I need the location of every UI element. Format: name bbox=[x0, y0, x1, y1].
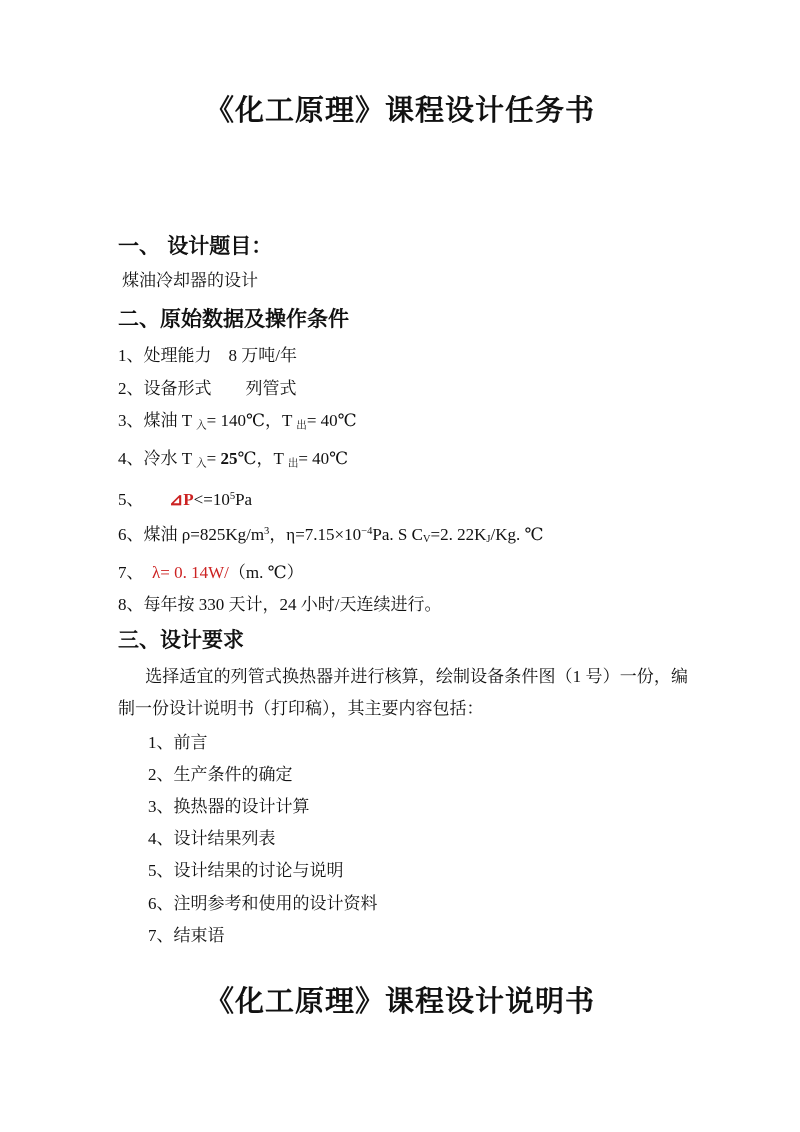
data-item-6: 6、煤油 ρ=825Kg/m3，η=7.15×10−4Pa. S CV=2. 2… bbox=[118, 516, 688, 557]
list-item-7: 7、结束语 bbox=[148, 920, 688, 952]
data-item-3: 3、煤油 T 入= 140℃，T 出= 40℃ bbox=[118, 405, 688, 443]
list-item-5: 5、设计结果的讨论与说明 bbox=[148, 855, 688, 887]
list-item-6: 6、注明参考和使用的设计资料 bbox=[148, 888, 688, 920]
section2-heading: 二、原始数据及操作条件 bbox=[118, 305, 688, 333]
section3-heading: 三、设计要求 bbox=[118, 626, 688, 654]
data-item-7: 7、 λ= 0. 14W/（m. ℃） bbox=[118, 557, 688, 590]
data-item-1: 1、处理能力 8 万吨/年 bbox=[118, 340, 688, 373]
data-item-5: 5、 ⊿P<=105Pa bbox=[118, 481, 688, 516]
data-item-2: 2、设备形式 列管式 bbox=[118, 373, 688, 406]
section1-heading: 一、 设计题目： bbox=[118, 232, 688, 260]
document-page: 《化工原理》课程设计任务书 一、 设计题目： 煤油冷却器的设计 二、原始数据及操… bbox=[0, 0, 800, 1132]
list-item-2: 2、生产条件的确定 bbox=[148, 759, 688, 791]
list-item-1: 1、前言 bbox=[148, 727, 688, 759]
data-item-8: 8、每年按 330 天计，24 小时/天连续进行。 bbox=[118, 589, 688, 622]
document-content: 一、 设计题目： 煤油冷却器的设计 二、原始数据及操作条件 1、处理能力 8 万… bbox=[118, 232, 688, 952]
list-item-4: 4、设计结果列表 bbox=[148, 823, 688, 855]
data-item-4: 4、冷水 T 入= 25℃，T 出= 40℃ bbox=[118, 443, 688, 481]
requirements-paragraph: 选择适宜的列管式换热器并进行核算，绘制设备条件图（1 号）一份，编制一份设计说明… bbox=[118, 661, 688, 725]
report-contents-list: 1、前言 2、生产条件的确定 3、换热器的设计计算 4、设计结果列表 5、设计结… bbox=[118, 727, 688, 952]
document-title-top: 《化工原理》课程设计任务书 bbox=[0, 90, 800, 130]
document-title-bottom: 《化工原理》课程设计说明书 bbox=[0, 981, 800, 1021]
design-topic-text: 煤油冷却器的设计 bbox=[122, 270, 688, 292]
original-data-items: 1、处理能力 8 万吨/年 2、设备形式 列管式 3、煤油 T 入= 140℃，… bbox=[118, 340, 688, 622]
list-item-3: 3、换热器的设计计算 bbox=[148, 791, 688, 823]
